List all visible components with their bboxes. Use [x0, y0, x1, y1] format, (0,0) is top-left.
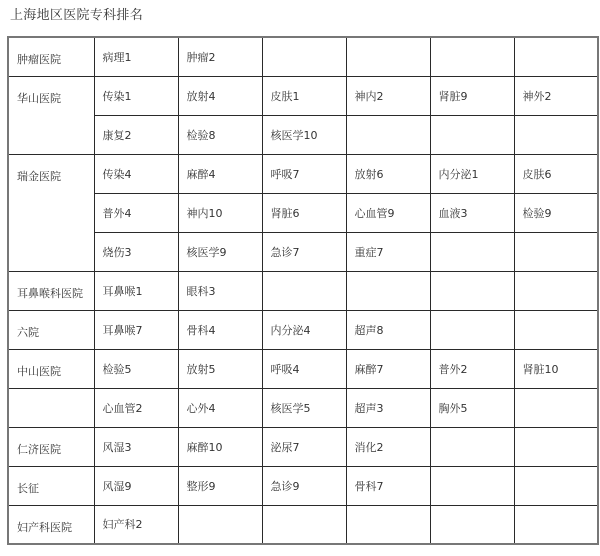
specialty-rank-cell: 耳鼻喉1 [94, 271, 178, 310]
specialty-rank-cell: 呼吸4 [262, 349, 346, 388]
table-row: 肿瘤医院病理1肿瘤2 [8, 37, 598, 76]
specialty-rank-cell: 眼科3 [178, 271, 262, 310]
specialty-rank-cell: 检验8 [178, 115, 262, 154]
hospital-name-cell: 六院 [8, 310, 94, 349]
specialty-rank-cell: 超声3 [346, 388, 430, 427]
specialty-rank-cell: 检验9 [514, 193, 598, 232]
table-row: 耳鼻喉科医院耳鼻喉1眼科3 [8, 271, 598, 310]
specialty-rank-cell: 康复2 [94, 115, 178, 154]
specialty-rank-cell: 重症7 [346, 232, 430, 271]
specialty-rank-cell: 耳鼻喉7 [94, 310, 178, 349]
specialty-rank-cell: 急诊9 [262, 466, 346, 505]
specialty-rank-cell: 消化2 [346, 427, 430, 466]
specialty-rank-cell [514, 271, 598, 310]
specialty-rank-cell [346, 271, 430, 310]
specialty-rank-cell: 骨科7 [346, 466, 430, 505]
specialty-rank-cell [346, 505, 430, 544]
table-row: 康复2检验8核医学10 [8, 115, 598, 154]
specialty-rank-cell [514, 388, 598, 427]
hospital-name-cell: 瑞金医院 [8, 154, 94, 271]
specialty-rank-cell: 神内10 [178, 193, 262, 232]
hospital-name-cell: 耳鼻喉科医院 [8, 271, 94, 310]
specialty-rank-cell: 肾脏10 [514, 349, 598, 388]
specialty-rank-cell [430, 466, 514, 505]
table-row: 中山医院检验5放射5呼吸4麻醉7普外2肾脏10 [8, 349, 598, 388]
specialty-rank-cell: 神内2 [346, 76, 430, 115]
specialty-rank-cell: 皮肤6 [514, 154, 598, 193]
hospital-name-cell: 仁济医院 [8, 427, 94, 466]
specialty-rank-cell: 传染4 [94, 154, 178, 193]
page-title: 上海地区医院专科排名 [10, 4, 143, 23]
specialty-rank-cell [514, 37, 598, 76]
specialty-rank-cell: 传染1 [94, 76, 178, 115]
specialty-rank-cell: 肾脏9 [430, 76, 514, 115]
specialty-rank-cell: 胸外5 [430, 388, 514, 427]
table-row: 六院耳鼻喉7骨科4内分泌4超声8 [8, 310, 598, 349]
specialty-rank-cell [346, 115, 430, 154]
hospital-name-cell [8, 388, 94, 427]
specialty-rank-cell [430, 37, 514, 76]
specialty-rank-cell [514, 232, 598, 271]
specialty-rank-cell: 整形9 [178, 466, 262, 505]
specialty-rank-cell: 超声8 [346, 310, 430, 349]
specialty-rank-cell: 骨科4 [178, 310, 262, 349]
specialty-rank-cell: 麻醉10 [178, 427, 262, 466]
specialty-rank-cell [430, 232, 514, 271]
specialty-rank-cell: 放射4 [178, 76, 262, 115]
specialty-rank-cell [346, 37, 430, 76]
table-row: 心血管2心外4核医学5超声3胸外5 [8, 388, 598, 427]
specialty-rank-cell: 放射5 [178, 349, 262, 388]
specialty-rank-cell: 检验5 [94, 349, 178, 388]
table-row: 烧伤3核医学9急诊7重症7 [8, 232, 598, 271]
specialty-rank-cell: 心血管2 [94, 388, 178, 427]
specialty-rank-cell [178, 505, 262, 544]
specialty-rank-cell [262, 505, 346, 544]
specialty-rank-cell: 心血管9 [346, 193, 430, 232]
specialty-rank-cell: 麻醉4 [178, 154, 262, 193]
table-row: 华山医院传染1放射4皮肤1神内2肾脏9神外2 [8, 76, 598, 115]
specialty-rank-cell: 血液3 [430, 193, 514, 232]
specialty-rank-cell: 风湿9 [94, 466, 178, 505]
hospital-name-cell: 中山医院 [8, 349, 94, 388]
specialty-rank-cell: 肾脏6 [262, 193, 346, 232]
specialty-rank-cell: 核医学9 [178, 232, 262, 271]
specialty-rank-cell: 烧伤3 [94, 232, 178, 271]
table-row: 妇产科医院妇产科2 [8, 505, 598, 544]
specialty-rank-cell: 核医学10 [262, 115, 346, 154]
specialty-rank-cell: 肿瘤2 [178, 37, 262, 76]
specialty-rank-cell: 皮肤1 [262, 76, 346, 115]
specialty-rank-cell [430, 505, 514, 544]
specialty-rank-cell [514, 466, 598, 505]
specialty-rank-cell: 呼吸7 [262, 154, 346, 193]
hospital-name-cell: 长征 [8, 466, 94, 505]
hospital-ranking-table: 肿瘤医院病理1肿瘤2华山医院传染1放射4皮肤1神内2肾脏9神外2康复2检验8核医… [7, 36, 599, 545]
table-row: 仁济医院风湿3麻醉10泌尿7消化2 [8, 427, 598, 466]
hospital-name-cell: 华山医院 [8, 76, 94, 154]
specialty-rank-cell: 急诊7 [262, 232, 346, 271]
specialty-rank-cell: 核医学5 [262, 388, 346, 427]
specialty-rank-cell: 风湿3 [94, 427, 178, 466]
hospital-name-cell: 妇产科医院 [8, 505, 94, 544]
specialty-rank-cell: 妇产科2 [94, 505, 178, 544]
specialty-rank-cell: 普外2 [430, 349, 514, 388]
specialty-rank-cell: 神外2 [514, 76, 598, 115]
specialty-rank-cell [262, 37, 346, 76]
specialty-rank-cell [430, 115, 514, 154]
specialty-rank-cell [430, 427, 514, 466]
specialty-rank-cell [262, 271, 346, 310]
specialty-rank-cell: 普外4 [94, 193, 178, 232]
specialty-rank-cell: 放射6 [346, 154, 430, 193]
specialty-rank-cell [514, 310, 598, 349]
specialty-rank-cell: 内分泌4 [262, 310, 346, 349]
specialty-rank-cell [430, 271, 514, 310]
specialty-rank-cell [514, 505, 598, 544]
specialty-rank-cell [514, 427, 598, 466]
specialty-rank-cell [514, 115, 598, 154]
specialty-rank-cell: 内分泌1 [430, 154, 514, 193]
table-row: 普外4神内10肾脏6心血管9血液3检验9 [8, 193, 598, 232]
hospital-name-cell: 肿瘤医院 [8, 37, 94, 76]
specialty-rank-cell [430, 310, 514, 349]
table-row: 长征风湿9整形9急诊9骨科7 [8, 466, 598, 505]
specialty-rank-cell: 麻醉7 [346, 349, 430, 388]
table-row: 瑞金医院传染4麻醉4呼吸7放射6内分泌1皮肤6 [8, 154, 598, 193]
specialty-rank-cell: 病理1 [94, 37, 178, 76]
specialty-rank-cell: 心外4 [178, 388, 262, 427]
specialty-rank-cell: 泌尿7 [262, 427, 346, 466]
